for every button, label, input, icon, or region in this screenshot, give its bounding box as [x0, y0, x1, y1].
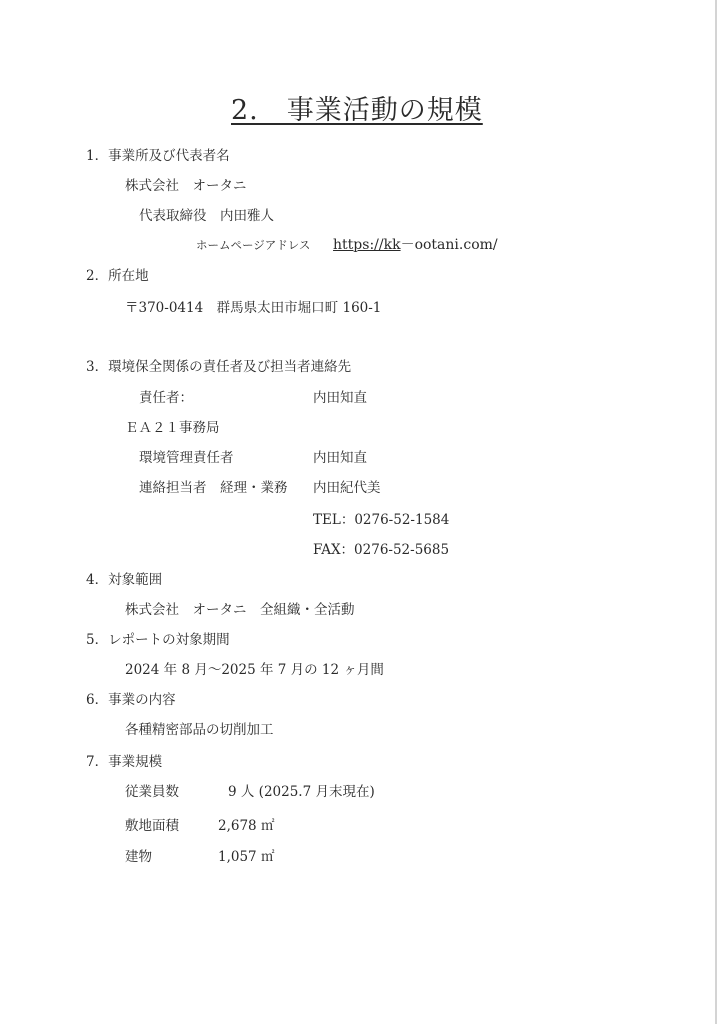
homepage-label: ホームページアドレス [196, 238, 310, 252]
section-3-heading: 3．環境保全関係の責任者及び担当者連絡先 [86, 355, 351, 375]
page-title: 2. 事業活動の規模 [231, 88, 483, 127]
report-period: 2024 年 8 月～2025 年 7 月の 12 ヶ月間 [125, 658, 384, 678]
section-7-heading: 7．事業規模 [86, 750, 162, 770]
employees-label: 従業員数 [125, 780, 179, 800]
tel-number: TEL：0276-52-1584 [313, 508, 449, 528]
building-value: 1,057 ㎡ [218, 845, 274, 865]
representative: 代表取締役 内田雅人 [139, 204, 274, 224]
company-name: 株式会社 オータニ [125, 174, 247, 194]
homepage-row: ホームページアドレス https://kk－ootani.com/ [196, 234, 498, 254]
scope: 株式会社 オータニ 全組織・全活動 [125, 598, 355, 618]
land-area-value: 2,678 ㎡ [218, 814, 274, 834]
section-5-heading: 5．レポートの対象期間 [86, 628, 230, 648]
contact-label: 連絡担当者 経理・業務 [139, 476, 288, 496]
homepage-link-rest[interactable]: －ootani.com/ [401, 237, 498, 253]
section-2-heading: 2．所在地 [86, 264, 149, 284]
ea21-office: ＥＡ２１事務局 [125, 416, 220, 436]
employees-value: 9 人 (2025.7 月末現在) [228, 780, 375, 800]
responsible-label: 責任者： [139, 386, 193, 406]
scan-edge [715, 0, 717, 1024]
section-6-heading: 6．事業の内容 [86, 688, 176, 708]
address: 〒370-0414 群馬県太田市堀口町 160-1 [125, 296, 381, 316]
homepage-link[interactable]: https://kk [333, 237, 401, 253]
section-1-heading: 1．事業所及び代表者名 [86, 144, 230, 164]
env-manager-label: 環境管理責任者 [139, 446, 234, 466]
env-manager-name: 内田知直 [313, 446, 367, 466]
section-4-heading: 4．対象範囲 [86, 568, 162, 588]
building-label: 建物 [125, 845, 152, 865]
land-area-label: 敷地面積 [125, 814, 179, 834]
contact-name: 内田紀代美 [313, 476, 381, 496]
responsible-name: 内田知直 [313, 386, 367, 406]
business-content: 各種精密部品の切削加工 [125, 718, 274, 738]
fax-number: FAX：0276-52-5685 [313, 538, 449, 558]
